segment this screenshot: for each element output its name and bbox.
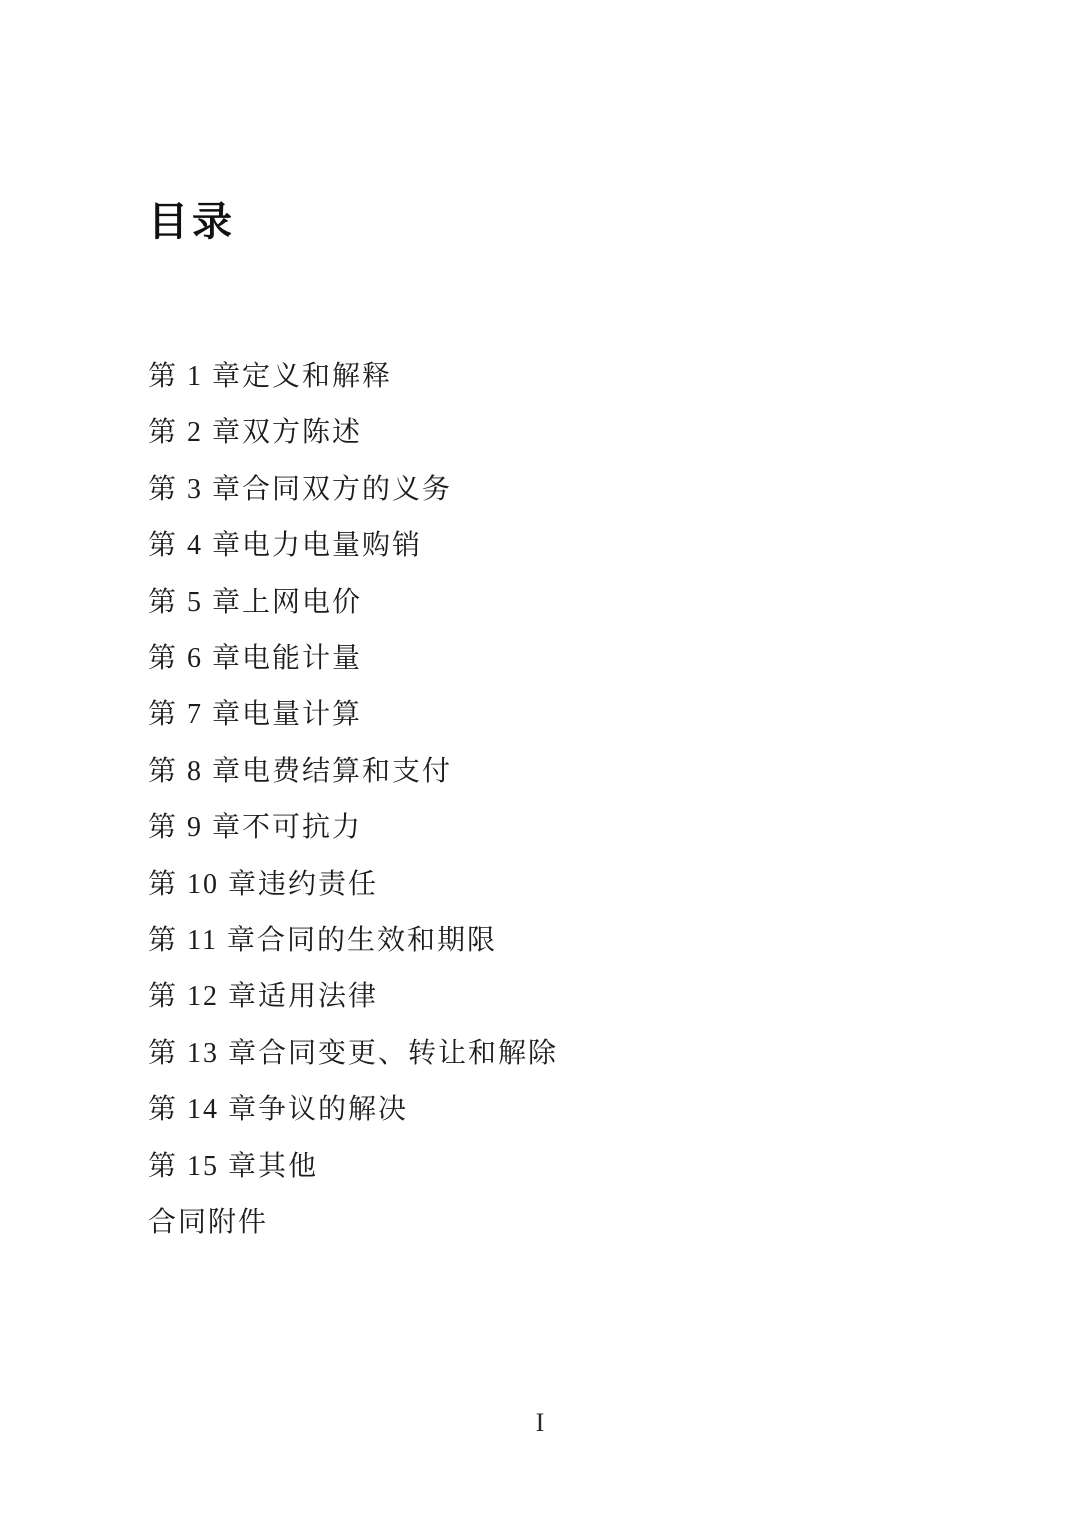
toc-title: 目录	[148, 200, 236, 244]
toc-entry-chapter-2: 第 2 章双方陈述	[148, 405, 558, 461]
toc-entry-chapter-11: 第 11 章合同的生效和期限	[148, 913, 558, 969]
toc-entry-chapter-3: 第 3 章合同双方的义务	[148, 462, 558, 518]
toc-entry-chapter-15: 第 15 章其他	[148, 1139, 558, 1195]
toc-entry-chapter-1: 第 1 章定义和解释	[148, 349, 558, 405]
toc-entry-contract-appendix: 合同附件	[148, 1195, 558, 1251]
page-number: I	[0, 1408, 1080, 1438]
toc-entry-chapter-7: 第 7 章电量计算	[148, 687, 558, 743]
toc-entry-chapter-9: 第 9 章不可抗力	[148, 800, 558, 856]
toc-entry-chapter-13: 第 13 章合同变更、转让和解除	[148, 1026, 558, 1082]
toc-entry-chapter-8: 第 8 章电费结算和支付	[148, 744, 558, 800]
document-page: 目录 第 1 章定义和解释 第 2 章双方陈述 第 3 章合同双方的义务 第 4…	[0, 0, 1080, 1527]
toc-entry-chapter-14: 第 14 章争议的解决	[148, 1082, 558, 1138]
table-of-contents: 第 1 章定义和解释 第 2 章双方陈述 第 3 章合同双方的义务 第 4 章电…	[148, 349, 558, 1252]
toc-entry-chapter-6: 第 6 章电能计量	[148, 631, 558, 687]
toc-entry-chapter-5: 第 5 章上网电价	[148, 575, 558, 631]
toc-entry-chapter-10: 第 10 章违约责任	[148, 857, 558, 913]
toc-entry-chapter-12: 第 12 章适用法律	[148, 969, 558, 1025]
toc-entry-chapter-4: 第 4 章电力电量购销	[148, 518, 558, 574]
